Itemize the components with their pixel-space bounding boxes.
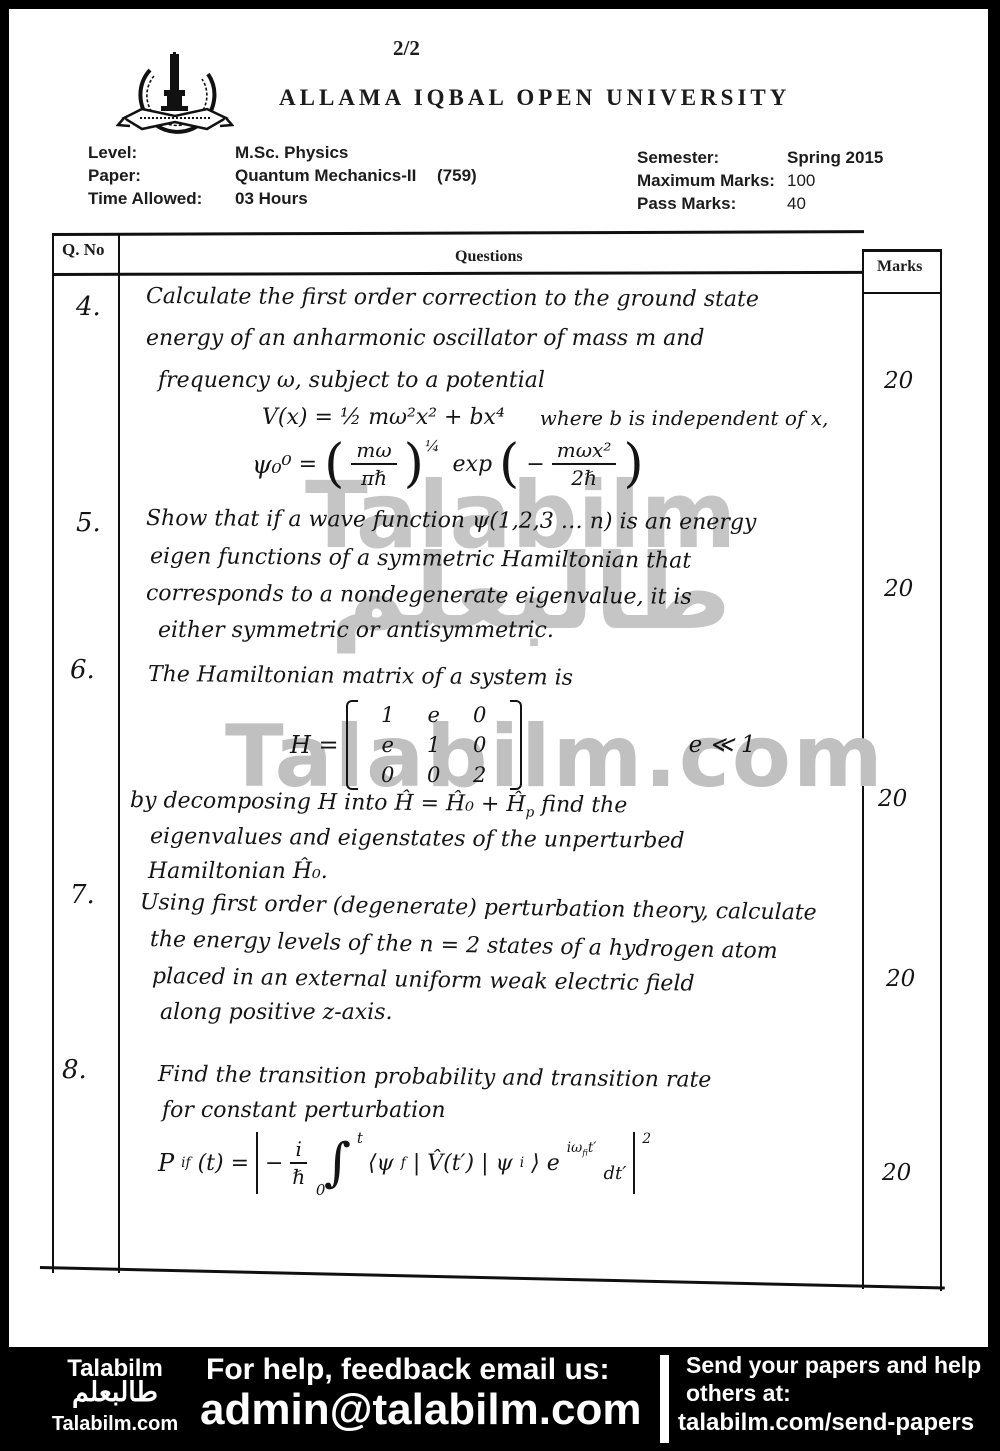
q4-frac2: mωx² 2ℏ <box>552 438 617 490</box>
matrix-bracket-left <box>346 700 358 790</box>
q5-number: 5. <box>76 508 101 538</box>
q6-marks: 20 <box>878 786 907 812</box>
footer-help-text: For help, feedback email us: <box>206 1353 609 1387</box>
matrix-cell: 1 <box>365 703 411 727</box>
q8-frac-num: i <box>290 1137 306 1164</box>
matrix-cell: 0 <box>457 733 503 757</box>
abs-bar-right <box>633 1132 635 1194</box>
q8-transition-formula: Pif (t) = − i ℏ ∫ t 0 ⟨ψf | V̂(t′) | ψi … <box>158 1132 651 1194</box>
q4-frac2-den: 2ℏ <box>571 465 597 490</box>
integral-lower-limit: 0 <box>316 1181 326 1199</box>
q6-line3: eigenvalues and eigenstates of the unper… <box>150 824 685 854</box>
table-left-line <box>52 233 54 1273</box>
q6-number: 6. <box>70 655 95 685</box>
table-marks-top-line <box>862 249 940 252</box>
table-top-line <box>52 230 864 236</box>
q4-formula-v: V(x) = ½ mω²x² + bx⁴ <box>262 405 505 430</box>
q7-line4: along positive z-axis. <box>160 1000 392 1025</box>
q8-minus: − <box>265 1151 283 1176</box>
q8-ket: ⟩ <box>531 1151 540 1176</box>
q6-matrix-equation: H = 1 e 0 e 1 0 0 0 2 e ≪ 1 <box>290 700 756 790</box>
footer-brand-arabic: طالبعلم <box>40 1379 190 1406</box>
university-logo <box>116 52 234 149</box>
marks-header: Marks <box>877 258 922 276</box>
page-number: 2/2 <box>393 36 420 61</box>
q6-line2-text: by decomposing H into Ĥ = Ĥ₀ + Ĥ <box>130 788 526 817</box>
q8-eq: = <box>231 1151 249 1176</box>
q8-line1: Find the transition probability and tran… <box>158 1062 712 1093</box>
q8-exp-power-omega: iω <box>567 1140 582 1156</box>
matrix-cell: e <box>365 733 411 757</box>
integral-upper-limit: t <box>357 1129 363 1147</box>
q4-frac1-num: mω <box>351 438 396 465</box>
q8-arg: (t) <box>198 1151 224 1176</box>
q8-bra-sub: f <box>401 1155 406 1171</box>
q4-psi: ψ₀⁰ <box>252 450 292 479</box>
q8-operator: | V̂(t′) | ψ <box>413 1151 513 1176</box>
q4-eq: = <box>299 452 317 477</box>
q7-line1: Using first order (degenerate) perturbat… <box>140 890 817 926</box>
q4-exp-close-paren: ) <box>623 441 643 488</box>
matrix-cell: 1 <box>411 733 457 757</box>
footer-bar: Talabilm طالبعلم Talabilm.com For help, … <box>0 1347 1000 1451</box>
q8-exp-power-t: t′ <box>588 1140 597 1156</box>
q8-marks: 20 <box>882 1160 911 1186</box>
q4-formula-wavefunction: ψ₀⁰ = ( mω πℏ ) ¼ exp ( − mωx² 2ℏ ) <box>252 438 644 490</box>
level-value: M.Sc. Physics <box>235 143 348 163</box>
q4-frac1: mω πℏ <box>351 438 396 490</box>
q4-frac2-num: mωx² <box>552 438 617 465</box>
q5-line3: corresponds to a nondegenerate eigenvalu… <box>146 581 692 610</box>
q8-line2: for constant perturbation <box>162 1098 446 1123</box>
questions-header: Questions <box>455 248 523 266</box>
paper-code: (759) <box>437 166 477 186</box>
semester-value: Spring 2015 <box>787 148 883 168</box>
q8-dt: dt′ <box>603 1163 626 1184</box>
q4-line2: energy of an anharmonic oscillator of ma… <box>146 326 704 351</box>
q8-exp-e: e <box>547 1151 560 1176</box>
page-border-right <box>988 0 1000 1348</box>
q7-line2: the energy levels of the n = 2 states of… <box>150 927 778 964</box>
q4-exp: exp <box>453 452 493 477</box>
q4-close-paren: ) <box>404 441 424 488</box>
matrix-cell: 0 <box>365 763 411 787</box>
q7-marks: 20 <box>886 966 915 992</box>
paper-label: Paper: <box>88 166 141 186</box>
maximum-marks-value: 100 <box>787 171 815 191</box>
time-allowed-label: Time Allowed: <box>88 189 202 209</box>
q8-p-sub: if <box>181 1155 190 1171</box>
q6-line1: The Hamiltonian matrix of a system is <box>148 662 573 691</box>
q8-number: 8. <box>62 1055 87 1085</box>
page-border-left <box>0 0 9 1348</box>
matrix-cell: 2 <box>457 763 503 787</box>
table-header-bottom-line <box>52 271 862 276</box>
matrix-bracket-right <box>510 700 522 790</box>
q4-exp-open-paren: ( <box>499 441 519 488</box>
matrix-cell: 0 <box>457 703 503 727</box>
q6-line4: Hamiltonian Ĥ₀. <box>148 859 328 884</box>
table-marks-header-bottom-line <box>862 292 940 294</box>
footer-divider <box>660 1355 669 1443</box>
q5-marks: 20 <box>884 576 913 602</box>
abs-bar-left <box>256 1132 258 1194</box>
table-bottom-line <box>40 1266 945 1290</box>
matrix-cell: e <box>411 703 457 727</box>
q7-number: 7. <box>70 880 95 910</box>
footer-brand-site: Talabilm.com <box>40 1413 190 1436</box>
exam-paper-page: { "page": { "number": "2/2", "university… <box>0 0 1000 1451</box>
hamiltonian-matrix: 1 e 0 e 1 0 0 0 2 <box>365 700 503 790</box>
q8-p: P <box>158 1149 174 1177</box>
footer-send-papers-link[interactable]: talabilm.com/send-papers <box>678 1409 974 1437</box>
q4-power: ¼ <box>425 437 440 455</box>
paper-value: Quantum Mechanics-II <box>235 166 416 186</box>
q8-frac: i ℏ <box>290 1137 306 1189</box>
q4-number: 4. <box>76 292 101 322</box>
table-right-line <box>940 249 942 1291</box>
q6-line2-text2: find the <box>534 792 627 818</box>
q8-integral: ∫ t 0 <box>314 1137 361 1189</box>
integral-sign: ∫ <box>324 1133 351 1193</box>
q6-line2: by decomposing H into Ĥ = Ĥ₀ + Ĥp find t… <box>130 788 628 822</box>
q8-ket-sub: i <box>520 1155 524 1171</box>
q4-minus: − <box>526 452 544 477</box>
q6-h-label: H = <box>290 731 339 759</box>
pass-marks-label: Pass Marks: <box>637 194 736 214</box>
qno-header: Q. No <box>62 240 105 260</box>
q4-line3: frequency ω, subject to a potential <box>158 368 545 393</box>
q7-line3: placed in an external uniform weak elect… <box>152 964 695 997</box>
q4-open-paren: ( <box>324 441 344 488</box>
level-label: Level: <box>88 143 137 163</box>
q8-bra: ⟨ψ <box>368 1151 394 1176</box>
footer-send-line2: others at: <box>686 1380 791 1407</box>
q4-line1: Calculate the first order correction to … <box>146 284 759 312</box>
time-allowed-value: 03 Hours <box>235 189 308 209</box>
q4-marks: 20 <box>884 368 913 394</box>
table-qno-divider-line <box>118 233 120 1273</box>
semester-label: Semester: <box>637 148 719 168</box>
q5-line1: Show that if a wave function ψ(1,2,3 … n… <box>146 506 757 535</box>
footer-email-link[interactable]: admin@talabilm.com <box>200 1385 641 1435</box>
page-border-top <box>0 0 1000 9</box>
matrix-cell: 0 <box>411 763 457 787</box>
q4-frac1-den: πℏ <box>361 465 387 490</box>
q6-condition: e ≪ 1 <box>689 732 756 758</box>
footer-send-line1: Send your papers and help <box>686 1352 981 1379</box>
university-title: ALLAMA IQBAL OPEN UNIVERSITY <box>279 85 790 111</box>
q5-line4: either symmetric or antisymmetric. <box>158 618 554 643</box>
maximum-marks-label: Maximum Marks: <box>637 171 775 191</box>
q8-exp-power: iωfit′ <box>567 1140 597 1158</box>
q4-formula-note: where b is independent of x, <box>540 406 829 430</box>
q4-formula-potential: V(x) = ½ mω²x² + bx⁴ where b is independ… <box>262 405 828 430</box>
q8-frac-den: ℏ <box>292 1164 305 1189</box>
q5-line2: eigen functions of a symmetric Hamiltoni… <box>150 544 691 574</box>
q8-squared: 2 <box>642 1131 651 1147</box>
pass-marks-value: 40 <box>787 194 806 214</box>
